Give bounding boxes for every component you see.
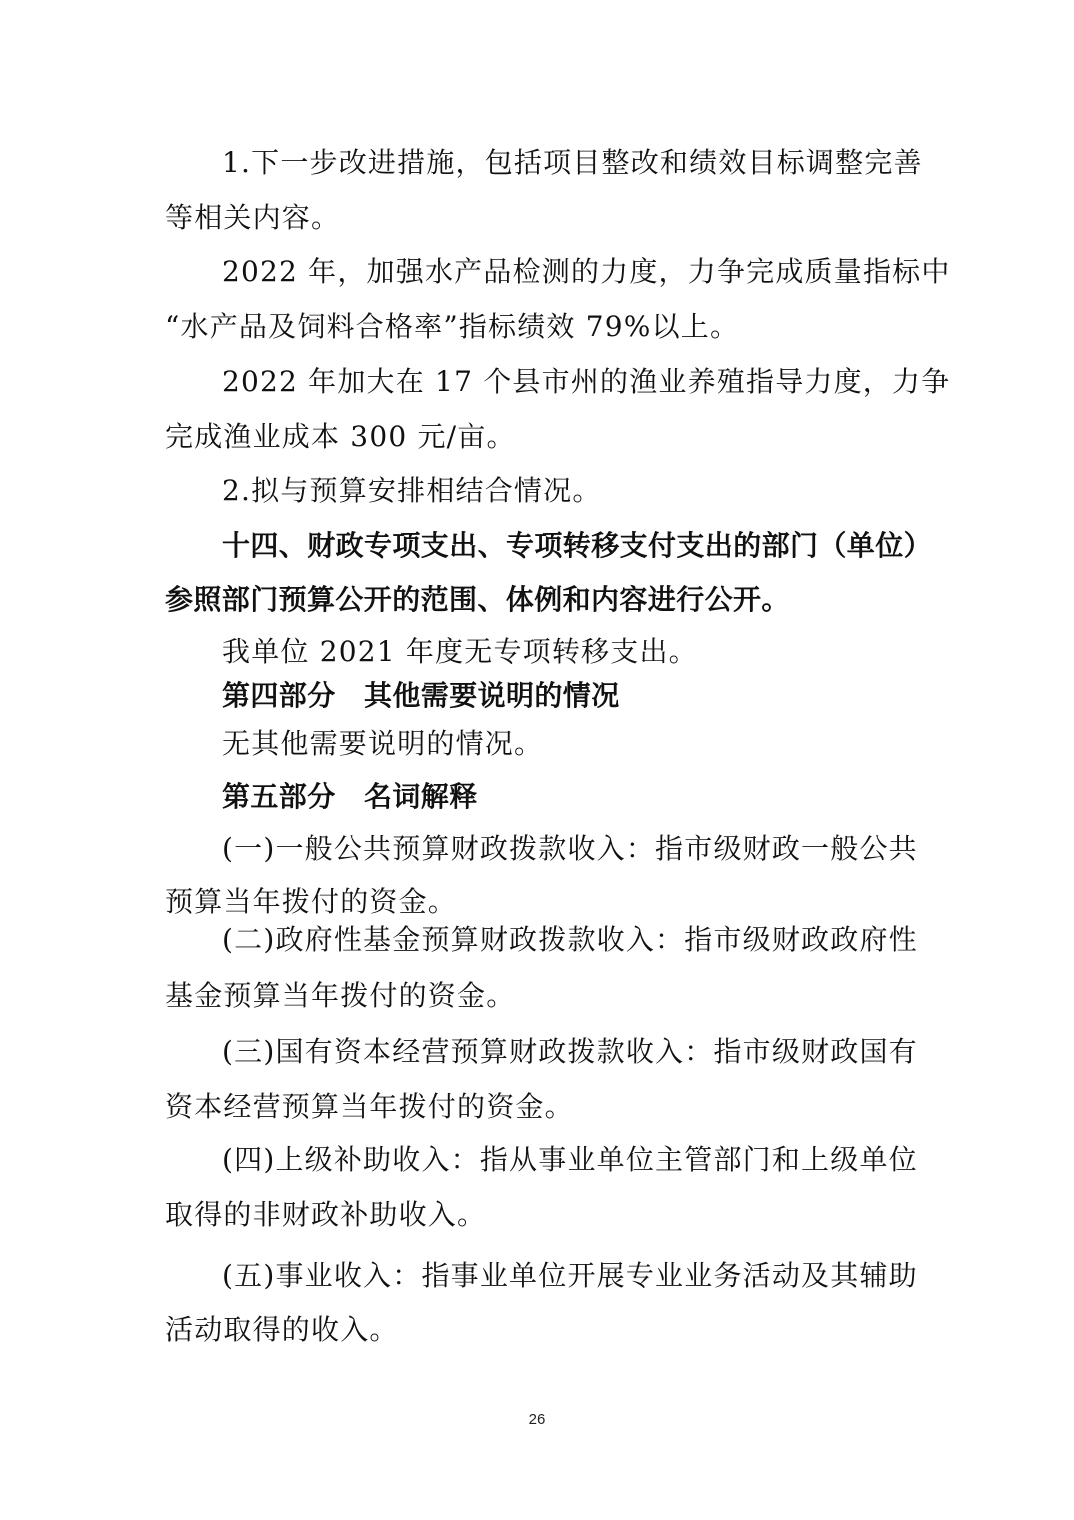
page-number: 26 [0,1411,1074,1428]
term-superior-subsidy-line-2: 取得的非财政补助收入。 [165,1195,915,1235]
section-heading-fourteen-line-2: 参照部门预算公开的范围、体例和内容进行公开。 [165,580,915,620]
paragraph-inspection-goal-line-2: “水产品及饲料合格率”指标绩效 79%以上。 [165,307,915,347]
term-state-capital-line-2: 资本经营预算当年拨付的资金。 [165,1087,915,1127]
term-business-income-line-1: (五)事业收入：指事业单位开展专业业务活动及其辅助 [222,1256,972,1296]
section-heading-fourteen-line-1: 十四、财政专项支出、专项转移支付支出的部门（单位） [222,526,972,566]
paragraph-no-other-notes: 无其他需要说明的情况。 [222,724,972,764]
term-government-fund-line-2: 基金预算当年拨付的资金。 [165,976,915,1016]
term-general-budget-line-2: 预算当年拨付的资金。 [165,882,915,922]
term-government-fund-line-1: (二)政府性基金预算财政拨款收入：指市级财政政府性 [222,920,972,960]
term-business-income-line-2: 活动取得的收入。 [165,1310,915,1350]
term-general-budget-line-1: (一)一般公共预算财政拨款收入：指市级财政一般公共 [222,829,972,869]
paragraph-budget-combination: 2.拟与预算安排相结合情况。 [222,471,972,511]
paragraph-fishery-guidance-line-1: 2022 年加大在 17 个县市州的渔业养殖指导力度，力争 [222,362,972,402]
paragraph-inspection-goal-line-1: 2022 年，加强水产品检测的力度，力争完成质量指标中 [222,252,972,292]
paragraph-improvement-measures-line-2: 等相关内容。 [165,198,915,238]
document-page: 1.下一步改进措施，包括项目整改和绩效目标调整完善 等相关内容。 2022 年，… [0,0,1074,1520]
term-superior-subsidy-line-1: (四)上级补助收入：指从事业单位主管部门和上级单位 [222,1140,972,1180]
part-four-heading: 第四部分 其他需要说明的情况 [222,676,972,716]
paragraph-fishery-guidance-line-2: 完成渔业成本 300 元/亩。 [165,417,915,457]
paragraph-improvement-measures-line-1: 1.下一步改进措施，包括项目整改和绩效目标调整完善 [222,143,972,183]
part-five-heading: 第五部分 名词解释 [222,777,972,817]
term-state-capital-line-1: (三)国有资本经营预算财政拨款收入：指市级财政国有 [222,1032,972,1072]
paragraph-no-transfer-expenditure: 我单位 2021 年度无专项转移支出。 [222,632,972,672]
